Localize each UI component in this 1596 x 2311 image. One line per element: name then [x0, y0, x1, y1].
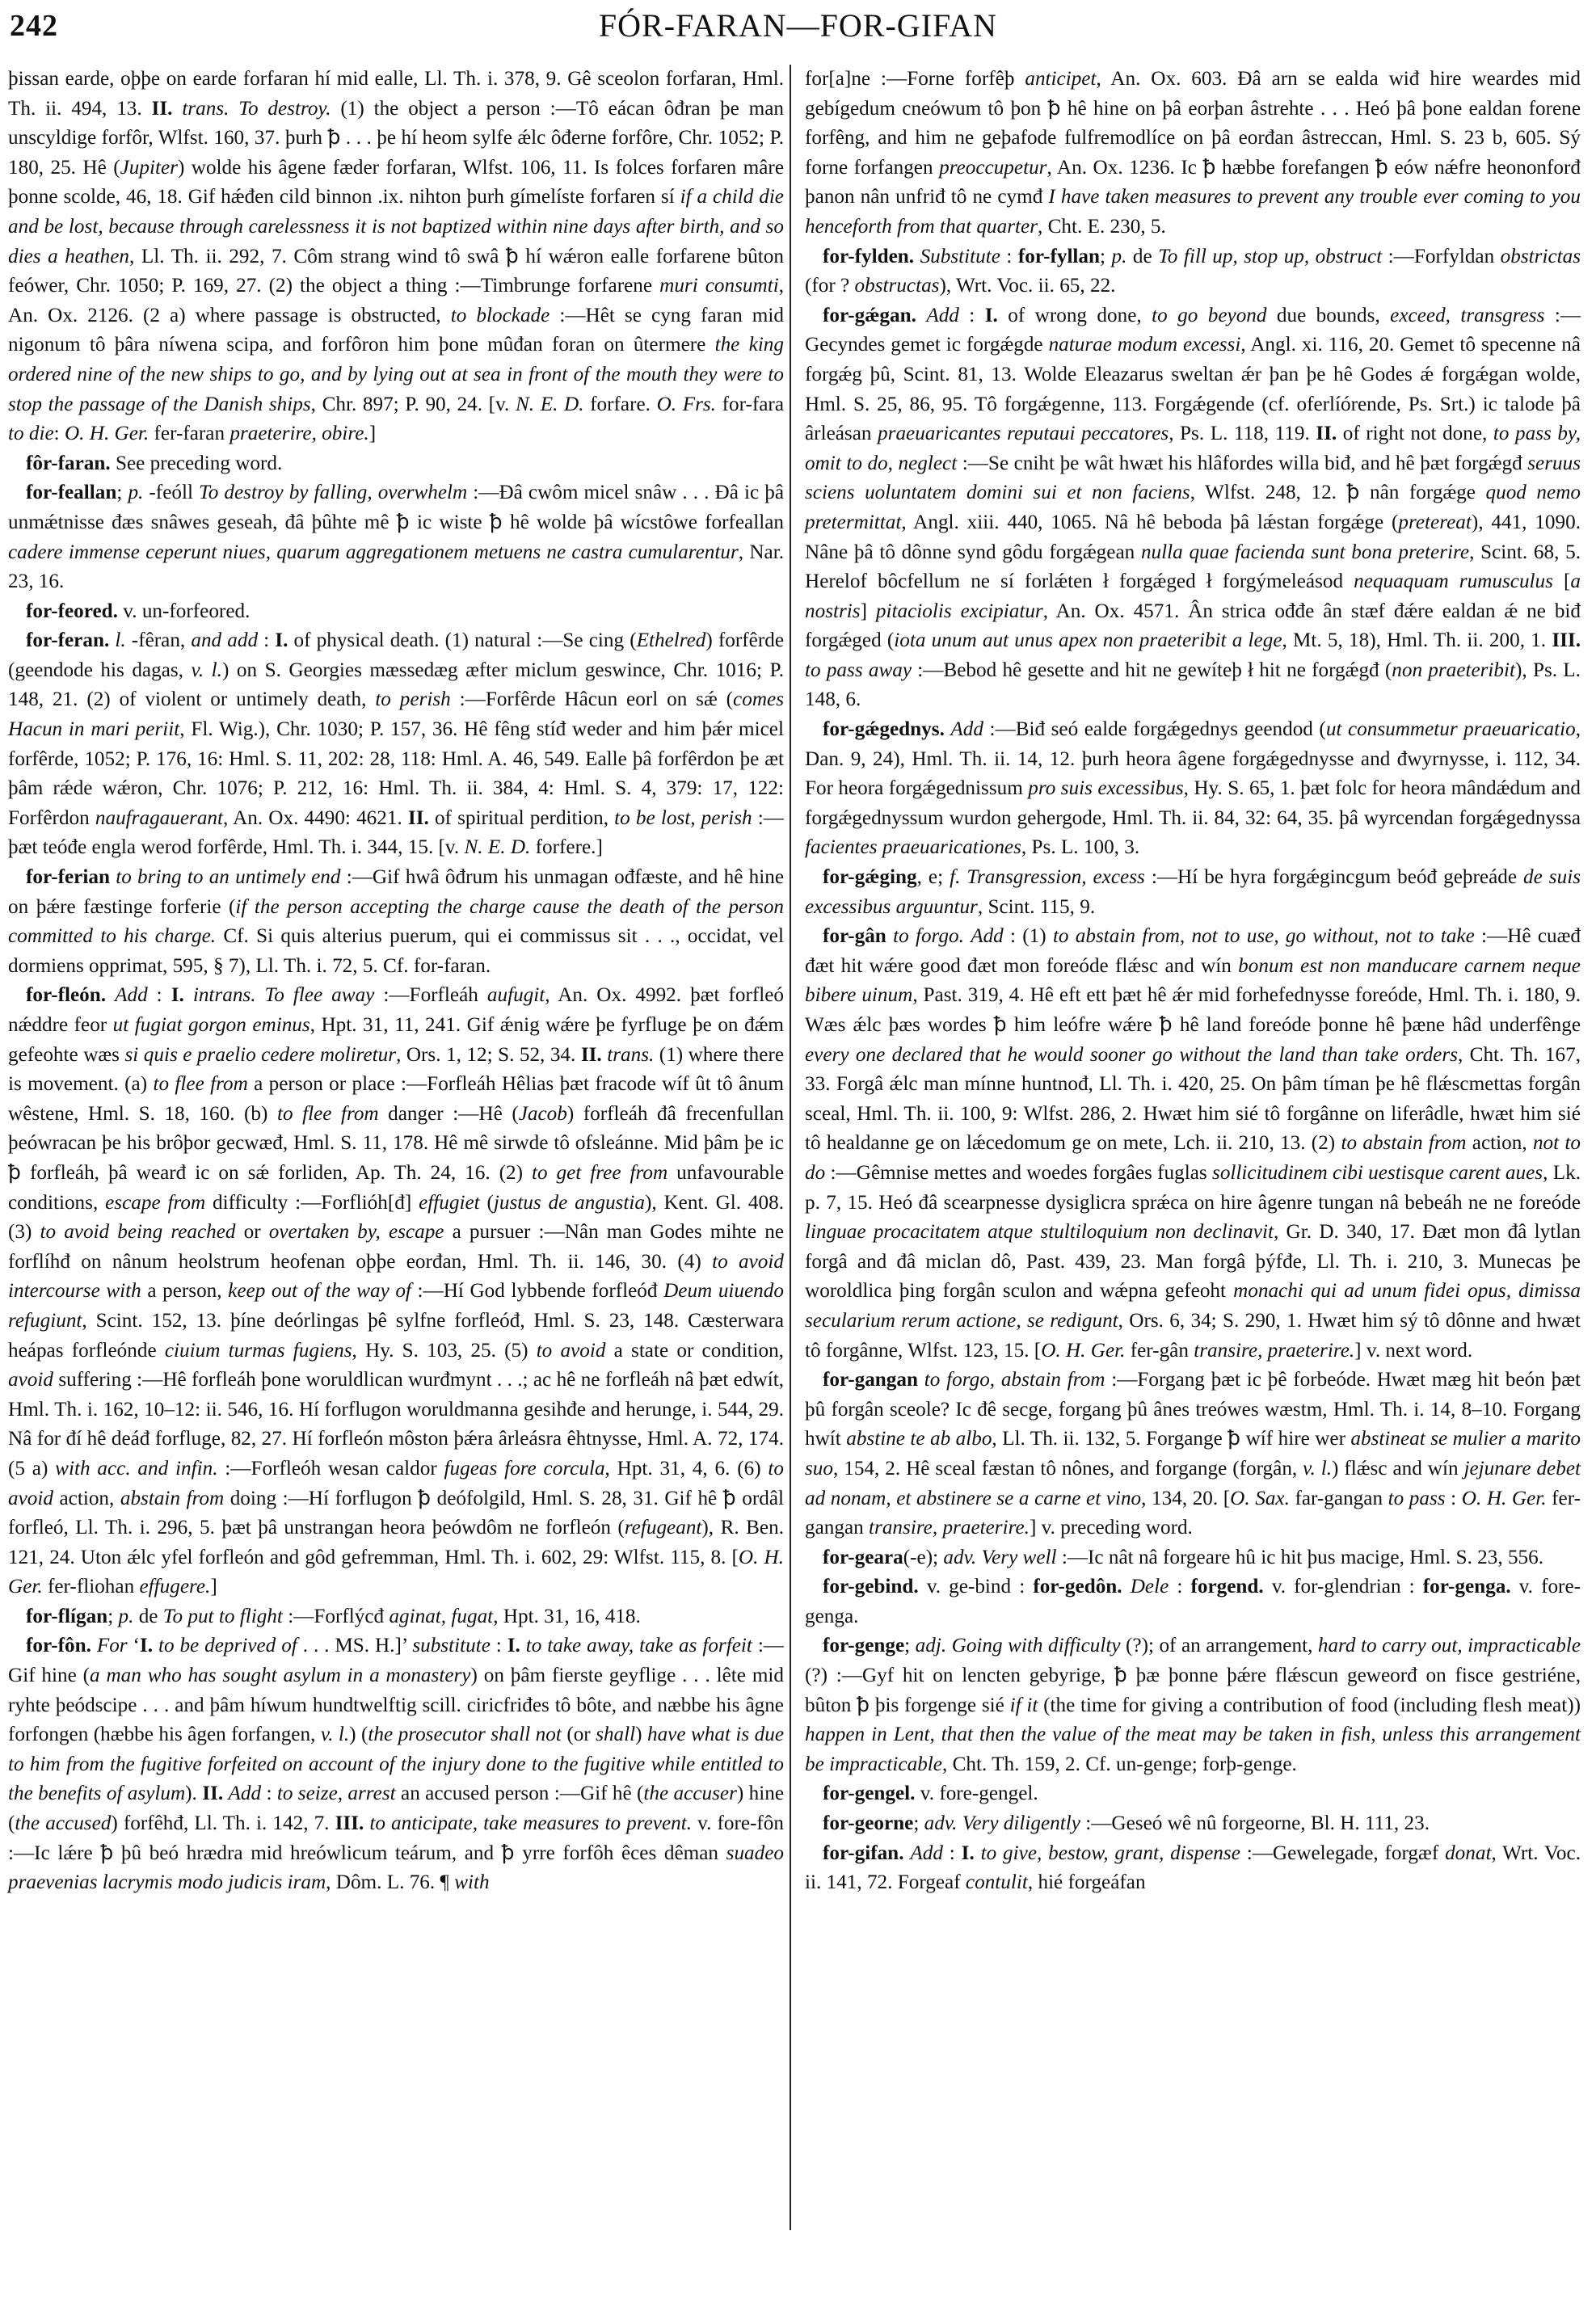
- dictionary-entry: for-gǽging, e; f. Transgression, excess …: [805, 863, 1581, 922]
- dictionary-entry: for-gǽgednys. Add :—Biđ seó ealde forgǽg…: [805, 715, 1581, 863]
- entry-text: (or: [562, 1724, 596, 1745]
- italic-gloss: preoccupetur: [939, 157, 1046, 179]
- entry-text: , Chr. 897; P. 90, 24. [v.: [311, 394, 516, 415]
- italic-gloss: Jupiter: [120, 157, 178, 179]
- entry-text: [975, 1842, 981, 1864]
- italic-gloss: to pass: [1388, 1488, 1446, 1509]
- italic-gloss: non praeteribit: [1392, 659, 1515, 681]
- italic-gloss: obstrictas: [1501, 246, 1581, 267]
- italic-gloss: a man who has sought asylum in a monaste…: [90, 1665, 470, 1686]
- italic-gloss: facientes praeuaricationes: [805, 836, 1021, 858]
- italic-gloss: transire, praeterire.: [869, 1517, 1030, 1539]
- headword: for-ferian: [26, 866, 110, 888]
- entry-text: difficulty :—Forflióh[đ]: [205, 1192, 419, 1214]
- italic-gloss: to go beyond: [1152, 305, 1266, 326]
- italic-gloss: Add: [910, 1842, 943, 1864]
- entry-text: or: [236, 1221, 269, 1243]
- italic-gloss: iota unum aut unus apex non praeteribit …: [894, 629, 1282, 651]
- italic-gloss: keep out of the way of: [228, 1280, 411, 1302]
- dictionary-entry: for-fleón. Add : I. intrans. To flee awa…: [8, 981, 784, 1602]
- italic-gloss: to give, bestow, grant, dispense: [981, 1842, 1240, 1864]
- italic-gloss: sollicitudinem cibi uestisque carent aue…: [1212, 1162, 1543, 1184]
- italic-gloss: to flee from: [153, 1073, 247, 1095]
- headword: for-feran.: [26, 629, 109, 651]
- headword: for-flígan: [26, 1606, 107, 1627]
- italic-gloss: if it: [1010, 1694, 1038, 1716]
- entry-text: :—Forfleóh wesan caldor: [218, 1458, 444, 1480]
- entry-text: ) (: [349, 1724, 368, 1745]
- entry-text: , Dôm. L. 76. ¶: [326, 1871, 454, 1893]
- italic-gloss: cadere immense ceperunt niues, quarum ag…: [8, 541, 739, 563]
- entry-text: [91, 1635, 97, 1656]
- dictionary-entry: fôr-faran. See preceding word.: [8, 449, 784, 479]
- italic-gloss: p.: [1112, 246, 1127, 267]
- headword: II.: [1316, 423, 1337, 444]
- italic-gloss: and add: [191, 629, 258, 651]
- italic-gloss: hard to carry out, impracticable: [1318, 1635, 1581, 1656]
- italic-gloss: trans. To destroy.: [182, 98, 331, 120]
- italic-gloss: muri consumti: [659, 275, 779, 297]
- entry-text: ]: [861, 600, 876, 622]
- entry-text: :: [943, 1842, 962, 1864]
- entry-text: :—Hí God lybbende forfleóđ: [411, 1280, 663, 1302]
- entry-text: , Angl. xiii. 440, 1065. Nâ hê beboda þâ…: [901, 511, 1398, 533]
- entry-text: fer-faran: [149, 423, 230, 444]
- italic-gloss: O. H. Ger.: [1041, 1340, 1125, 1362]
- italic-gloss: f. Transgression, excess: [950, 866, 1145, 888]
- italic-gloss: naturae modum excessi: [1049, 334, 1241, 356]
- headword: I.: [962, 1842, 975, 1864]
- italic-gloss: the prosecutor shall not: [368, 1724, 561, 1745]
- italic-gloss: adv. Very diligently: [924, 1812, 1080, 1834]
- entry-text: -fêran,: [126, 629, 192, 651]
- italic-gloss: Add: [229, 1783, 262, 1804]
- italic-gloss: abstain from: [120, 1488, 224, 1509]
- entry-text: :—Ic nât nâ forgeare hû ic hit þus macig…: [1057, 1547, 1544, 1568]
- entry-text: a state or condition,: [605, 1340, 784, 1362]
- entry-text: , 134, 20. [: [1141, 1488, 1230, 1509]
- entry-text: :—Hí be hyra forgǽgincgum beóđ geþreáde: [1145, 866, 1523, 888]
- entry-text: action,: [53, 1488, 120, 1509]
- headword: for-feored.: [26, 600, 118, 622]
- headword: for-gǽgan.: [823, 305, 916, 326]
- headword: for-gangan: [823, 1369, 918, 1391]
- italic-gloss: with acc. and infin.: [55, 1458, 217, 1480]
- italic-gloss: Ethelred: [637, 629, 706, 651]
- entry-text: of right not done,: [1337, 423, 1493, 444]
- entry-text: , Ps. L. 118, 119.: [1169, 423, 1316, 444]
- dictionary-entry: for-feored. v. un-forfeored.: [8, 597, 784, 627]
- entry-text: ): [635, 1724, 647, 1745]
- headword: I.: [985, 305, 998, 326]
- entry-text: , Ps. L. 100, 3.: [1021, 836, 1139, 858]
- italic-gloss: linguae procacitatem atque stultiloquium…: [805, 1221, 1274, 1243]
- entry-text: . . . MS. H.]’: [297, 1635, 413, 1656]
- entry-text: ‘: [128, 1635, 140, 1656]
- headword: for-gǽging: [823, 866, 917, 888]
- entry-text: de: [1126, 246, 1158, 267]
- entry-text: [106, 984, 115, 1006]
- italic-gloss: anticipet: [1025, 68, 1096, 90]
- entry-text: ;: [904, 1635, 916, 1656]
- headword: for-gengel.: [823, 1783, 915, 1804]
- entry-text: :—Se cniht þe wât hwæt his hlâfordes wil…: [957, 453, 1527, 474]
- entry-text: [914, 246, 920, 267]
- entry-text: [153, 1635, 158, 1656]
- entry-text: for[a]ne :—Forne forfêþ: [805, 68, 1025, 90]
- dictionary-entry: for-genge; adj. Going with difficulty (?…: [805, 1631, 1581, 1779]
- entry-text: :—Geseó wê nû forgeorne, Bl. H. 111, 23.: [1080, 1812, 1430, 1834]
- dictionary-entry: for-flígan; p. de To put to flight :—For…: [8, 1602, 784, 1632]
- headword: for-geara: [823, 1547, 903, 1568]
- headword: for-gân: [823, 925, 886, 947]
- entry-text: [916, 305, 926, 326]
- italic-gloss: avoid: [8, 1369, 53, 1391]
- italic-gloss: O. H. Ger.: [1462, 1488, 1547, 1509]
- dictionary-page: 242 FÓR-FARAN—FOR-GIFAN þissan earde, oþ…: [0, 0, 1596, 2311]
- entry-text: ]: [369, 423, 376, 444]
- page-header: 242 FÓR-FARAN—FOR-GIFAN: [10, 5, 1586, 45]
- italic-gloss: contulit: [966, 1871, 1028, 1893]
- italic-gloss: to bring to an untimely end: [116, 866, 340, 888]
- italic-gloss: to forgo.: [893, 925, 964, 947]
- italic-gloss: Add: [950, 718, 983, 740]
- left-column: þissan earde, oþþe on earde forfaran hí …: [8, 65, 784, 1898]
- headword: for-fyllan: [1018, 246, 1100, 267]
- italic-gloss: N. E. D.: [516, 394, 584, 415]
- entry-text: forfare.: [584, 394, 657, 415]
- entry-text: due bounds,: [1266, 305, 1390, 326]
- italic-gloss: praeuaricantes reputaui peccatores: [878, 423, 1169, 444]
- dictionary-entry: for-gangan to forgo, abstain from :—Forg…: [805, 1366, 1581, 1543]
- entry-text: ), Wrt. Voc. ii. 65, 22.: [940, 275, 1116, 297]
- entry-text: ).: [185, 1783, 202, 1804]
- italic-gloss: To put to flight: [163, 1606, 283, 1627]
- entry-text: of wrong done,: [998, 305, 1152, 326]
- dictionary-entry: for-feran. l. -fêran, and add : I. of ph…: [8, 626, 784, 863]
- italic-gloss: transire, praeterire.: [1194, 1340, 1354, 1362]
- headword: I.: [140, 1635, 153, 1656]
- entry-text: , Mt. 5, 18), Hml. Th. ii. 200, 1.: [1282, 629, 1552, 651]
- italic-gloss: To fill up, stop up, obstruct: [1158, 246, 1382, 267]
- italic-gloss: To destroy by falling, overwhelm: [199, 482, 467, 503]
- italic-gloss: substitute: [412, 1635, 491, 1656]
- italic-gloss: to perish: [375, 688, 450, 710]
- italic-gloss: pitaciolis excipiatur: [876, 600, 1043, 622]
- headword: II.: [202, 1783, 223, 1804]
- italic-gloss: Add: [971, 925, 1004, 947]
- entry-text: , Hpt. 31, 4, 6. (6): [605, 1458, 769, 1480]
- dictionary-entry: for-gân to forgo. Add : (1) to abstain f…: [805, 922, 1581, 1366]
- entry-text: [520, 1635, 526, 1656]
- entry-text: , Cht. E. 230, 5.: [1038, 216, 1166, 238]
- italic-gloss: every one declared that he would sooner …: [805, 1044, 1458, 1066]
- entry-text: :: [1169, 1576, 1190, 1597]
- italic-gloss: nulla quae facienda sunt bona preterire: [1141, 541, 1469, 563]
- dictionary-entry: for-georne; adv. Very diligently :—Geseó…: [805, 1809, 1581, 1839]
- italic-gloss: to be lost, perish: [614, 807, 752, 829]
- entry-text: ] v. preceding word.: [1030, 1517, 1193, 1539]
- italic-gloss: naufragauerant: [95, 807, 223, 829]
- running-head: FÓR-FARAN—FOR-GIFAN: [10, 6, 1586, 44]
- entry-text: danger :—Hê (: [379, 1103, 519, 1125]
- dictionary-entry: for-gifan. Add : I. to give, bestow, gra…: [805, 1839, 1581, 1898]
- entry-text: de: [133, 1606, 162, 1627]
- entry-text: for-fara: [716, 394, 784, 415]
- italic-gloss: to avoid: [537, 1340, 606, 1362]
- italic-gloss: effugiet: [419, 1192, 480, 1214]
- italic-gloss: praeterire, obire.: [230, 423, 368, 444]
- italic-gloss: aginat, fugat: [389, 1606, 493, 1627]
- italic-gloss: v. l.: [1303, 1458, 1332, 1480]
- headword: for-genga.: [1423, 1576, 1511, 1597]
- italic-gloss: escape from: [105, 1192, 205, 1214]
- italic-gloss: Add: [115, 984, 148, 1006]
- entry-text: , e;: [917, 866, 950, 888]
- italic-gloss: to flee from: [277, 1103, 379, 1125]
- italic-gloss: For: [97, 1635, 128, 1656]
- italic-gloss: exceed, transgress: [1390, 305, 1544, 326]
- entry-text: ) forfêhđ, Ll. Th. i. 142, 7.: [111, 1812, 335, 1834]
- entry-text: ;: [1100, 246, 1111, 267]
- dictionary-entry: for-gǽgan. Add : I. of wrong done, to go…: [805, 301, 1581, 715]
- entry-text: -feóll: [143, 482, 199, 503]
- headword: for-genge: [823, 1635, 904, 1656]
- entry-text: , Wlfst. 248, 12. ꝥ nân forgǽge: [1190, 482, 1486, 503]
- italic-gloss: Dele: [1131, 1576, 1169, 1597]
- italic-gloss: si quis e praelio cedere moliretur: [124, 1044, 396, 1066]
- italic-gloss: ciuium turmas fugiens: [165, 1340, 352, 1362]
- entry-text: :: [491, 1635, 507, 1656]
- dictionary-entry: for-fylden. Substitute : for-fyllan; p. …: [805, 242, 1581, 301]
- headword: II.: [581, 1044, 602, 1066]
- entry-text: [886, 925, 893, 947]
- entry-text: , Scint. 115, 9.: [978, 896, 1095, 918]
- italic-gloss: donat: [1445, 1842, 1491, 1864]
- italic-gloss: p.: [128, 482, 143, 503]
- italic-gloss: O. H. Ger.: [65, 423, 149, 444]
- entry-text: , Past. 319, 4. Hê eft ett þæt hê ǽr mid…: [805, 984, 1581, 1036]
- entry-text: of physical death. (1) natural :—Se cing…: [288, 629, 636, 651]
- entry-text: (the time for giving a contribution of f…: [1038, 1694, 1581, 1716]
- headword: II.: [408, 807, 429, 829]
- entry-text: [918, 1369, 924, 1391]
- italic-gloss: adv. Very well: [943, 1547, 1056, 1568]
- italic-gloss: to blockade: [451, 305, 550, 326]
- dictionary-entry: for-ferian to bring to an untimely end :…: [8, 863, 784, 981]
- entry-text: , Cht. Th. 159, 2. Cf. un-genge; forþ-ge…: [942, 1753, 1297, 1775]
- italic-gloss: to forgo, abstain from: [924, 1369, 1105, 1391]
- dictionary-entry: for-feallan; p. -feóll To destroy by fal…: [8, 478, 784, 596]
- entry-text: (-e);: [903, 1547, 944, 1568]
- headword: for-fleón.: [26, 984, 106, 1006]
- italic-gloss: p.: [119, 1606, 134, 1627]
- entry-continuation: for[a]ne :—Forne forfêþ anticipet, An. O…: [805, 65, 1581, 242]
- entry-text: :—Forfleáh: [374, 984, 487, 1006]
- entry-text: :: [959, 305, 985, 326]
- entry-text: v. ge-bind :: [919, 1576, 1034, 1597]
- entry-text: action,: [1467, 1132, 1533, 1154]
- right-column: for[a]ne :—Forne forfêþ anticipet, An. O…: [805, 65, 1581, 1898]
- headword: for-gǽgednys.: [823, 718, 945, 740]
- headword: I.: [507, 1635, 520, 1656]
- headword: for-feallan: [26, 482, 116, 503]
- italic-gloss: l.: [115, 629, 125, 651]
- entry-text: :—Biđ seó ealde forgǽgednys geendod (: [983, 718, 1326, 740]
- entry-text: v. fore-gengel.: [915, 1783, 1038, 1804]
- entry-text: :—Bebod hê gesette and hit ne gewíteþ ł …: [912, 659, 1392, 681]
- entry-text: :: [258, 629, 275, 651]
- dictionary-entry: for-fôn. For ‘I. to be deprived of . . .…: [8, 1631, 784, 1897]
- entry-text: :—Gêmnise mettes and woedes forgâes fugl…: [825, 1162, 1212, 1184]
- entry-text: : (1): [1004, 925, 1053, 947]
- italic-gloss: the accused: [15, 1812, 111, 1834]
- entry-text: :: [261, 1783, 277, 1804]
- italic-gloss: to take away, take as forfeit: [526, 1635, 752, 1656]
- italic-gloss: v. l.: [321, 1724, 349, 1745]
- italic-gloss: justus de angustia: [494, 1192, 645, 1214]
- italic-gloss: N. E. D.: [464, 836, 530, 858]
- entry-text: [: [1553, 570, 1570, 592]
- italic-gloss: nequaquam rumusculus: [1354, 570, 1553, 592]
- italic-gloss: fugeas fore corcula: [444, 1458, 605, 1480]
- entry-text: far-gangan: [1290, 1488, 1388, 1509]
- italic-gloss: to get free from: [532, 1162, 667, 1184]
- headword: for-fôn.: [26, 1635, 91, 1656]
- entry-text: a person,: [141, 1280, 228, 1302]
- italic-gloss: obstructas: [855, 275, 940, 297]
- entry-text: , 154, 2. Hê sceal fæstan tô nônes, and …: [833, 1458, 1303, 1480]
- entry-text: ) flǽsc and wín: [1332, 1458, 1463, 1480]
- italic-gloss: aufugit: [487, 984, 545, 1006]
- entry-text: fer-gân: [1125, 1340, 1194, 1362]
- headword: forgend.: [1190, 1576, 1263, 1597]
- italic-gloss: pretereat: [1398, 511, 1471, 533]
- entry-text: ]: [210, 1576, 217, 1597]
- entry-text: :—Gewelegade, forgæf: [1240, 1842, 1445, 1864]
- headword: for-gedôn.: [1033, 1576, 1122, 1597]
- entry-text: [184, 984, 193, 1006]
- entry-text: See preceding word.: [111, 453, 283, 474]
- entry-text: :: [54, 423, 65, 444]
- italic-gloss: to seize, arrest: [277, 1783, 396, 1804]
- italic-gloss: Substitute: [920, 246, 1000, 267]
- italic-gloss: to pass away: [805, 659, 912, 681]
- italic-gloss: ut consummetur praeuaricatio: [1326, 718, 1576, 740]
- italic-gloss: v. l.: [192, 659, 222, 681]
- headword: fôr-faran.: [26, 453, 111, 474]
- italic-gloss: to abstain from, not to use, go without,…: [1053, 925, 1475, 947]
- entry-text: :: [1446, 1488, 1462, 1509]
- dictionary-entry: for-geara(-e); adv. Very well :—Ic nât n…: [805, 1543, 1581, 1573]
- italic-gloss: to die: [8, 423, 54, 444]
- entry-text: ;: [913, 1812, 924, 1834]
- italic-gloss: intrans. To flee away: [193, 984, 375, 1006]
- italic-gloss: the accuser: [643, 1783, 736, 1804]
- entry-text: forfere.]: [530, 836, 603, 858]
- entry-text: , An. Ox. 4490: 4621.: [223, 807, 408, 829]
- entry-text: [1122, 1576, 1131, 1597]
- italic-gloss: Jacob: [519, 1103, 567, 1125]
- italic-gloss: effugere.: [139, 1576, 210, 1597]
- headword: for-gifan.: [823, 1842, 904, 1864]
- headword: III.: [1552, 629, 1581, 651]
- italic-gloss: shall: [596, 1724, 635, 1745]
- entry-text: v. un-forfeored.: [118, 600, 250, 622]
- entry-text: v. for-glendrian :: [1264, 1576, 1423, 1597]
- dictionary-entry: for-gebind. v. ge-bind : for-gedôn. Dele…: [805, 1572, 1581, 1631]
- entry-text: , Hpt. 31, 16, 418.: [493, 1606, 641, 1627]
- entry-text: fer-fliohan: [43, 1576, 140, 1597]
- italic-gloss: pro suis excessibus: [1028, 777, 1183, 799]
- headword: for-georne: [823, 1812, 913, 1834]
- entry-text: (: [480, 1192, 494, 1214]
- entry-continuation: þissan earde, oþþe on earde forfaran hí …: [8, 65, 784, 449]
- italic-gloss: with: [454, 1871, 489, 1893]
- entry-text: ;: [116, 482, 128, 503]
- italic-gloss: adj. Going with difficulty: [916, 1635, 1121, 1656]
- italic-gloss: overtaken by, escape: [269, 1221, 444, 1243]
- dictionary-entry: for-gengel. v. fore-gengel.: [805, 1779, 1581, 1809]
- italic-gloss: trans.: [607, 1044, 654, 1066]
- italic-gloss: ut fugiat gorgon eminus: [113, 1014, 310, 1036]
- headword: III.: [335, 1812, 364, 1834]
- column-divider: [790, 65, 791, 2230]
- headword: for-fylden.: [823, 246, 914, 267]
- italic-gloss: O. Sax.: [1230, 1488, 1290, 1509]
- entry-text: ;: [107, 1606, 118, 1627]
- italic-gloss: to abstain from: [1341, 1132, 1466, 1154]
- entry-text: [172, 98, 182, 120]
- italic-gloss: Add: [926, 305, 959, 326]
- entry-text: , Ll. Th. ii. 132, 5. Forgange ꝥ wíf hir…: [992, 1428, 1350, 1450]
- italic-gloss: to be deprived of: [158, 1635, 297, 1656]
- entry-text: (?); of an arrangement,: [1121, 1635, 1318, 1656]
- entry-text: :: [1000, 246, 1018, 267]
- headword: II.: [152, 98, 173, 120]
- entry-text: , hié forgeáfan: [1028, 1871, 1146, 1893]
- entry-text: , Ors. 1, 12; S. 52, 34.: [396, 1044, 581, 1066]
- entry-text: :—Forfyldan: [1382, 246, 1500, 267]
- italic-gloss: to avoid being reached: [40, 1221, 235, 1243]
- entry-text: :—Forfêrde Hâcun eorl on sǽ (: [451, 688, 733, 710]
- italic-gloss: to anticipate, take measures to prevent.: [369, 1812, 692, 1834]
- entry-text: :—Forflýcđ: [283, 1606, 390, 1627]
- italic-gloss: refugeant: [625, 1517, 702, 1539]
- entry-text: ] v. next word.: [1354, 1340, 1472, 1362]
- entry-text: , Hy. S. 103, 25. (5): [352, 1340, 537, 1362]
- italic-gloss: abstine te ab albo: [846, 1428, 992, 1450]
- headword: I.: [275, 629, 288, 651]
- italic-gloss: O. Frs.: [657, 394, 716, 415]
- entry-text: of spiritual perdition,: [429, 807, 614, 829]
- headword: for-gebind.: [823, 1576, 919, 1597]
- entry-text: [964, 925, 971, 947]
- entry-text: :: [148, 984, 171, 1006]
- entry-text: (for ?: [805, 275, 855, 297]
- entry-text: an accused person :—Gif hê (: [396, 1783, 644, 1804]
- headword: I.: [171, 984, 184, 1006]
